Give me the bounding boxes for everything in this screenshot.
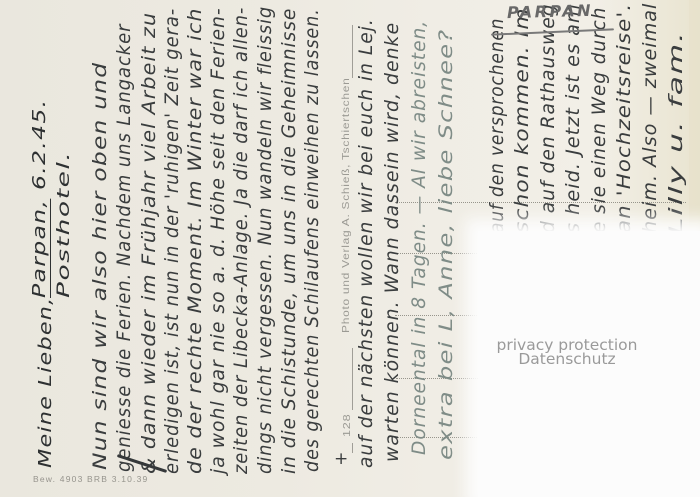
printed-divider-text: 128 (342, 414, 353, 437)
handwriting-line: Dorneental in 8 Tagen. — Al wir abreiste… (409, 20, 430, 455)
handwriting-line: des gerechten Schilaufens einweihen zu l… (302, 8, 323, 472)
handwriting-line: in die Schistunde, um uns in die Geheimn… (279, 8, 300, 474)
divider-line-segment (352, 348, 353, 410)
handwriting-line: auf der nächsten wollen wir bei euch in … (356, 18, 377, 468)
postcard-back: Parpan, 6.2.45.Posthotel.Meine Lieben,Nu… (0, 0, 700, 497)
handwriting-line: d auf den Rathausweg (538, 3, 559, 233)
plus-mark: + (334, 449, 348, 469)
handwriting-line: Parpan, 6.2.45. (30, 99, 50, 298)
handwriting-line: Posthotel. (55, 151, 74, 298)
handwriting-line: s heid. Jetzt ist es am (563, 3, 584, 233)
divider-line-segment (352, 25, 353, 78)
handwriting-line: zeiten der Libecka-Anlage. Ja die darf i… (231, 7, 252, 474)
handwriting-line: ja wohl gar nie so a. d. Höhe seit den F… (208, 7, 229, 474)
handwriting-line: extra bei L, Anne, liebe Schnee? (436, 29, 457, 460)
handwriting-line: an 'Hochzeitsreise'. (614, 3, 635, 233)
handwriting-line: Lilly u. fam. (666, 30, 687, 235)
pencil-note-parpan: PARPAN (507, 1, 593, 22)
handwriting-line: e sie einen Weg durch (589, 7, 610, 233)
handwriting-line: Meine Lieben, (36, 297, 56, 468)
handwriting-line: warten können. Wann dassein wird, denke (382, 22, 403, 462)
watermark-line-de: Datenschutz (467, 353, 667, 367)
printed-divider-text: Photo und Verlag A. Schieß, Tschiertsche… (341, 77, 352, 333)
privacy-watermark: privacy protection Datenschutz (467, 339, 667, 366)
handwriting-line: erledigen ist, ist nun in der 'ruhigen' … (162, 8, 183, 474)
handwriting-line: de der rechte Moment. Im Winter war ich (185, 8, 206, 474)
divider-line-segment (352, 443, 353, 453)
handwriting-line: auf den versprochenen (487, 18, 508, 233)
handwriting-line: dings nicht vergessen. Nun wandeln wir f… (255, 6, 276, 474)
handwriting-line: geniesse die Ferien. Nachdem uns Langack… (114, 24, 135, 472)
handwriting-line: & dann wieder im Frühjahr viel Arbeit zu (139, 12, 160, 474)
handwriting-line: schon kommen. Im (512, 7, 533, 233)
handwriting-line: Nun sind wir also hier oben und (90, 62, 111, 470)
handwriting-line: heim. Also — zweimal (640, 3, 661, 233)
printer-imprint: Bew. 4903 BRB 3.10.39 (33, 474, 148, 484)
